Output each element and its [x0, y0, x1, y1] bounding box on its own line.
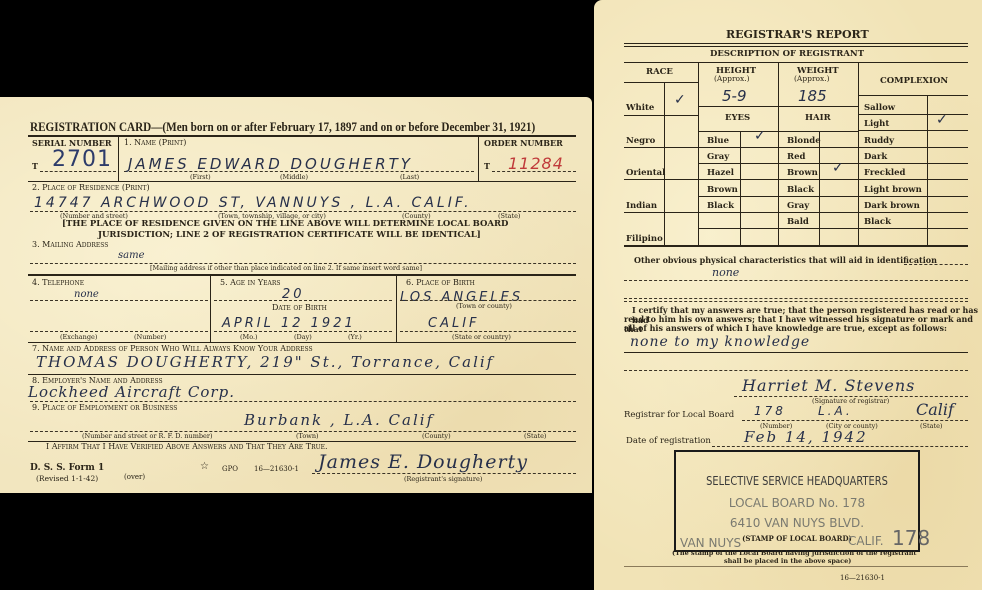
dob-sub-month: (Mo.) — [240, 333, 258, 341]
stamp-line-4-right: CALIF. — [848, 534, 884, 548]
divider — [478, 137, 479, 181]
stamp-note-2: shall be placed in the above space) — [724, 557, 851, 565]
registration-date-line — [712, 446, 968, 447]
dob-value: APRIL 12 1921 — [222, 316, 356, 331]
divider — [624, 179, 698, 180]
employment-sub-town: (Town) — [296, 432, 319, 440]
exceptions-line-2 — [624, 370, 968, 371]
hair-brown: Brown — [787, 168, 818, 178]
race-filipino: Filipino — [626, 234, 663, 244]
card-title: REGISTRATION CARD—(Men born on or after … — [30, 119, 535, 135]
telephone-label: 4. Telephone — [32, 278, 84, 287]
eyes-black: Black — [707, 201, 734, 211]
pob-town-sub: (Town or county) — [456, 302, 512, 310]
stamp-note-1: (The stamp of the Local Board having jur… — [672, 549, 916, 557]
eyes-blue-check: ✓ — [754, 128, 766, 144]
telephone-line-2 — [30, 331, 208, 332]
hair-black: Black — [787, 185, 814, 195]
local-board-state: Calif — [916, 400, 954, 419]
weight-sub: (Approx.) — [794, 74, 830, 83]
registrar-signature: Harriet M. Stevens — [742, 376, 915, 395]
local-board-sub-state: (State) — [920, 422, 942, 430]
race-header: RACE — [646, 67, 673, 77]
pob-label: 6. Place of Birth — [406, 278, 475, 287]
employment-sub-state: (State) — [524, 432, 546, 440]
serial-prefix: T — [32, 161, 38, 171]
divider — [698, 228, 858, 229]
telephone-value: none — [74, 289, 99, 300]
divider — [624, 82, 698, 83]
divider — [858, 179, 968, 180]
name-label: 1. Name (Print) — [124, 138, 186, 147]
employment-sub-street: (Number and street or R. F. D. number) — [82, 432, 213, 440]
complexion-dark-brown: Dark brown — [864, 201, 920, 211]
race-white-check: ✓ — [674, 92, 686, 108]
employer-value: Lockheed Aircraft Corp. — [28, 383, 235, 401]
divider — [624, 147, 698, 148]
divider — [28, 181, 576, 182]
divider — [927, 96, 928, 245]
name-sub-first: (First) — [190, 173, 211, 181]
race-oriental: Oriental — [626, 168, 665, 178]
divider — [698, 196, 858, 197]
complexion-ruddy: Ruddy — [864, 136, 894, 146]
stamp-line-1: SELECTIVE SERVICE HEADQUARTERS — [698, 474, 896, 488]
stamp-line-3: 6410 VAN NUYS BLVD. — [676, 516, 918, 530]
other-characteristics-label: Other obvious physical characteristics t… — [634, 255, 937, 265]
contact-label: 7. Name and Address of Person Who Will A… — [32, 344, 313, 353]
divider — [624, 115, 698, 116]
signature-line — [312, 473, 576, 474]
height-sub: (Approx.) — [714, 74, 750, 83]
complexion-freckled: Freckled — [864, 168, 905, 178]
complexion-light-brown: Light brown — [864, 185, 922, 195]
star-icon: ☆ — [200, 461, 209, 472]
residence-note-2: JURISDICTION; LINE 2 OF REGISTRATION CER… — [98, 230, 481, 240]
divider — [858, 228, 968, 229]
divider — [118, 137, 119, 181]
dob-label: Date of Birth — [272, 303, 327, 312]
order-number-label: ORDER NUMBER — [484, 138, 563, 148]
registration-date-label: Date of registration — [626, 436, 711, 446]
residence-value: 14747 ARCHWOOD ST, VANNUYS , L.A. CALIF. — [34, 195, 472, 211]
order-number-value: 11284 — [508, 154, 564, 173]
divider — [28, 374, 576, 375]
age-line — [214, 300, 392, 301]
hair-header: HAIR — [805, 113, 831, 123]
complexion-light: Light — [864, 119, 889, 129]
complexion-light-check: ✓ — [936, 112, 948, 128]
eyes-brown: Brown — [707, 185, 738, 195]
hair-gray: Gray — [787, 201, 809, 211]
height-value: 5-9 — [722, 87, 747, 105]
divider — [624, 566, 968, 567]
form-name: D. S. S. Form 1 — [30, 463, 104, 473]
stamp-line-2: LOCAL BOARD No. 178 — [676, 496, 918, 510]
divider — [624, 245, 968, 247]
eyes-blue: Blue — [707, 136, 729, 146]
divider — [698, 179, 858, 180]
telephone-sub-exchange: (Exchange) — [60, 333, 97, 341]
employment-value: Burbank , L.A. Calif — [244, 411, 434, 429]
divider — [664, 83, 665, 245]
employment-label: 9. Place of Employment or Business — [32, 403, 177, 412]
telephone-line-1 — [30, 300, 208, 301]
eyes-header: EYES — [725, 113, 750, 123]
divider — [858, 196, 968, 197]
eyes-hazel: Hazel — [707, 168, 734, 178]
divider — [28, 135, 576, 137]
divider — [858, 130, 968, 131]
exceptions-value: none to my knowledge — [630, 334, 810, 350]
residence-label: 2. Place of Residence (Print) — [32, 183, 150, 192]
form-number: 16—21630-1 — [840, 574, 885, 582]
other-line-1 — [624, 280, 968, 281]
divider — [624, 43, 968, 44]
divider — [858, 95, 968, 96]
registrant-signature: James E. Dougherty — [318, 451, 528, 473]
divider — [28, 342, 576, 343]
local-board-city: L.A. — [818, 404, 853, 418]
age-label: 5. Age in Years — [220, 278, 280, 287]
order-prefix: T — [484, 161, 490, 171]
eyes-gray: Gray — [707, 152, 729, 162]
divider — [778, 63, 779, 245]
stamp-line-4-left: VAN NUYS — [680, 536, 741, 550]
employer-line — [30, 401, 576, 402]
mailing-value: same — [118, 250, 145, 261]
divider — [858, 147, 968, 148]
residence-note-1: [THE PLACE OF RESIDENCE GIVEN ON THE LIN… — [62, 219, 508, 229]
complexion-black: Black — [864, 217, 891, 227]
hair-bald: Bald — [787, 217, 809, 227]
hair-blonde: Blonde — [787, 136, 821, 146]
divider — [624, 212, 698, 213]
certify-line-3: all of his answers of which I have knowl… — [624, 323, 947, 333]
pob-town-line — [400, 300, 576, 301]
race-negro: Negro — [626, 136, 655, 146]
hair-brown-check: ✓ — [832, 160, 844, 176]
mailing-address-label: 3. Mailing Address — [32, 240, 108, 249]
complexion-dark: Dark — [864, 152, 887, 162]
pob-state-line — [400, 331, 576, 332]
pob-state-sub: (State or country) — [452, 333, 511, 341]
other-characteristics-value: none — [712, 266, 739, 279]
divider — [858, 212, 968, 213]
dob-line — [214, 331, 392, 332]
divider — [698, 131, 858, 132]
complexion-sallow: Sallow — [864, 103, 895, 113]
other-line-0 — [904, 264, 968, 265]
race-white: White — [626, 103, 654, 113]
divider — [698, 212, 858, 213]
telephone-sub-number: (Number) — [134, 333, 166, 341]
signature-sub: (Registrant's signature) — [404, 475, 482, 483]
divider — [858, 163, 968, 164]
over-label: (over) — [124, 473, 145, 481]
report-title: REGISTRAR'S REPORT — [726, 28, 869, 41]
weight-value: 185 — [798, 87, 827, 105]
divider — [28, 274, 576, 276]
divider — [210, 276, 211, 342]
dob-sub-year: (Yr.) — [348, 333, 362, 341]
serial-number-value: 2701 — [52, 147, 112, 172]
description-header: DESCRIPTION OF REGISTRANT — [710, 49, 864, 59]
local-board-number: 178 — [754, 404, 786, 418]
gpo-label: GPO — [222, 465, 238, 473]
complexion-header: COMPLEXION — [880, 76, 948, 86]
mailing-sub: [Mailing address if other than place ind… — [150, 264, 422, 272]
hair-red: Red — [787, 152, 805, 162]
registrars-report-back: REGISTRAR'S REPORT DESCRIPTION OF REGIST… — [594, 0, 982, 590]
other-line-3 — [624, 301, 968, 302]
divider — [858, 63, 859, 245]
name-value: JAMES EDWARD DOUGHERTY — [128, 155, 413, 173]
divider — [858, 114, 968, 115]
registration-date-value: Feb 14, 1942 — [744, 428, 868, 446]
divider — [698, 106, 858, 107]
name-sub-last: (Last) — [400, 173, 419, 181]
race-indian: Indian — [626, 201, 657, 211]
registration-card-front: REGISTRATION CARD—(Men born on or after … — [0, 97, 592, 493]
other-line-2 — [624, 298, 968, 299]
contact-value: THOMAS DOUGHERTY, 219" St., Torrance, Ca… — [36, 353, 494, 371]
form-revision: (Revised 1-1-42) — [36, 474, 98, 483]
gpo-number: 16—21630-1 — [254, 465, 299, 473]
divider — [624, 352, 968, 353]
divider — [624, 62, 968, 63]
stamp-number: 178 — [892, 526, 930, 550]
affirmation-text: I Affirm That I Have Verified Above Answ… — [46, 442, 328, 451]
dob-sub-day: (Day) — [294, 333, 312, 341]
local-board-line — [742, 420, 968, 421]
name-sub-middle: (Middle) — [280, 173, 308, 181]
employment-sub-county: (County) — [422, 432, 451, 440]
local-board-label: Registrar for Local Board — [624, 410, 734, 420]
divider — [396, 276, 397, 342]
divider — [698, 63, 699, 245]
pob-state-value: CALIF — [428, 316, 480, 331]
divider — [624, 46, 968, 47]
divider — [698, 147, 858, 148]
